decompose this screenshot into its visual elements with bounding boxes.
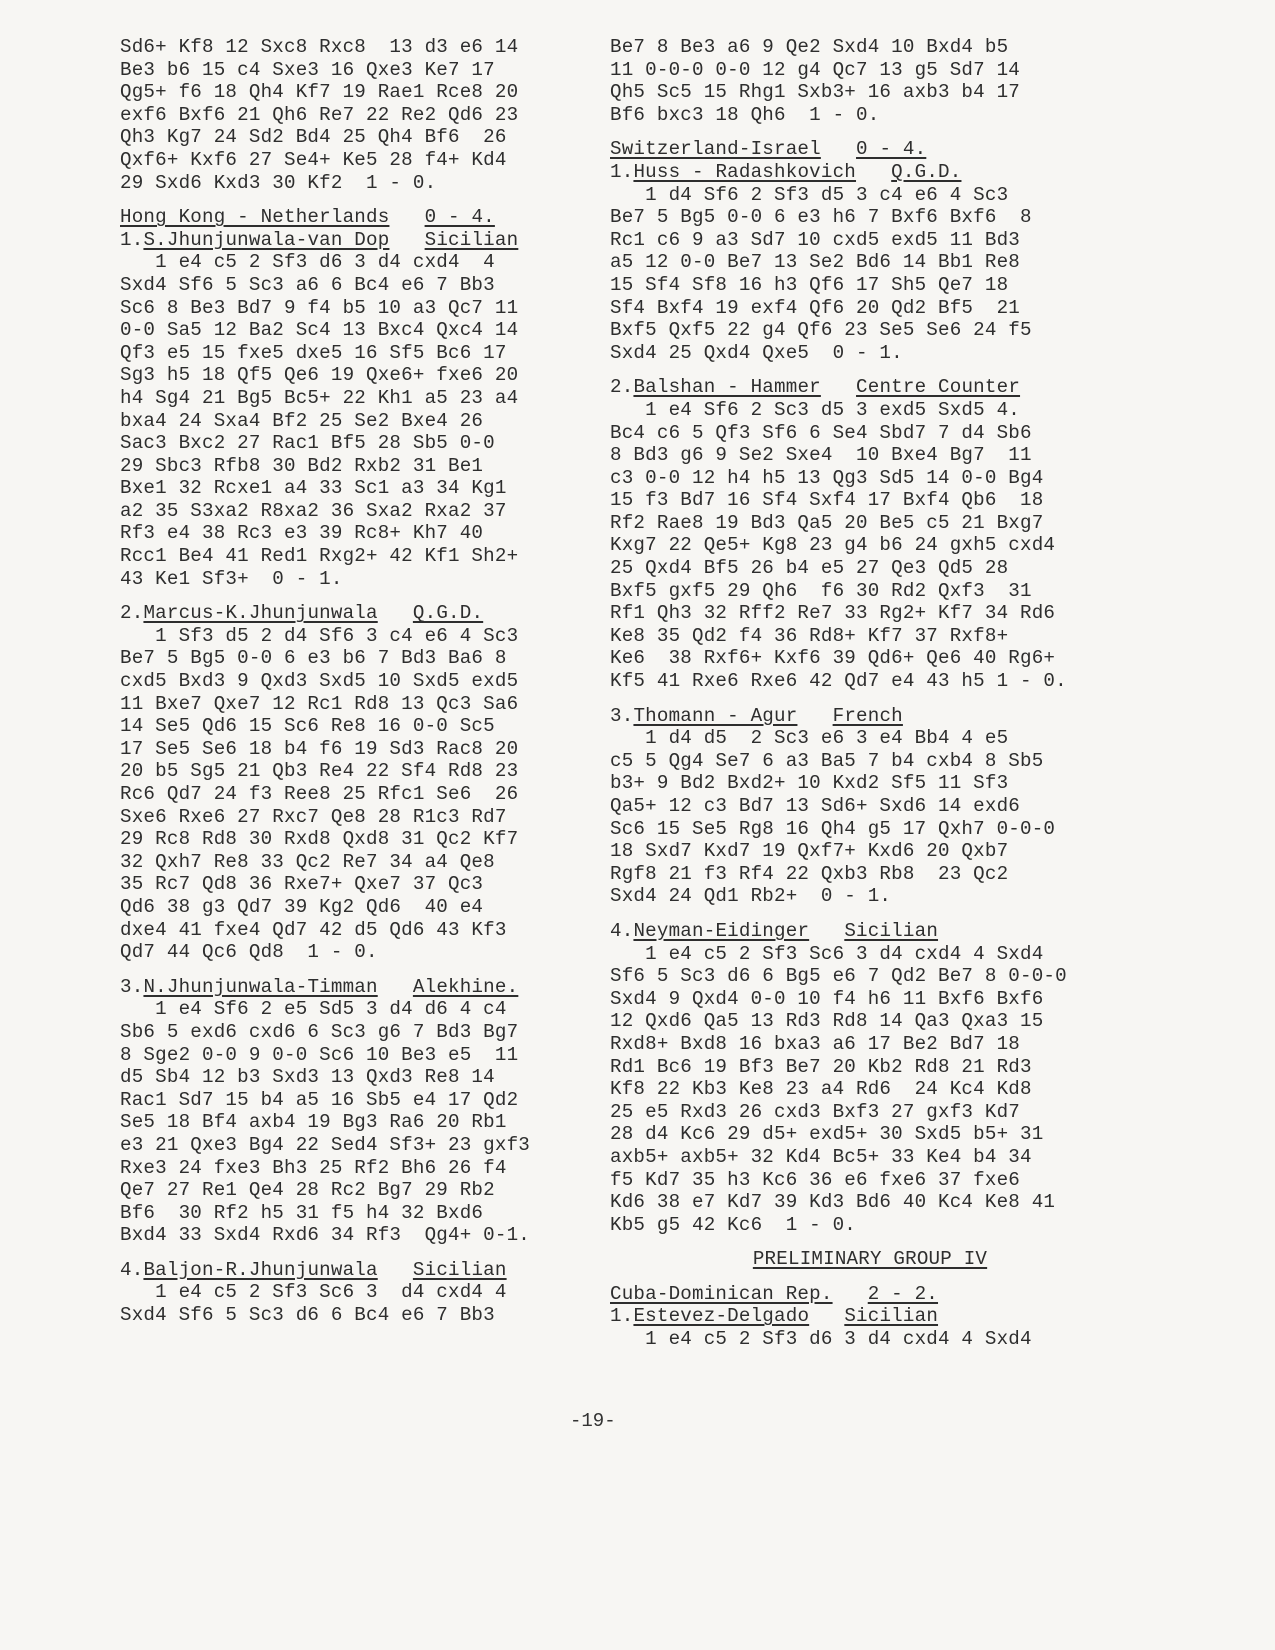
moves-line: Bf6 bxc3 18 Qh6 1 - 0. [610,104,1130,127]
moves-line: Kf8 22 Kb3 Ke8 23 a4 Rd6 24 Kc4 Kd8 [610,1078,1130,1101]
match-heading: Cuba-Dominican Rep. 2 - 2. [610,1283,1130,1306]
moves-line: Sxd4 9 Qxd4 0-0 10 f4 h6 11 Bxf6 Bxf6 [610,988,1130,1011]
game-opening: Sicilian [844,920,938,942]
game-opening: Q.G.D. [891,161,961,183]
moves-line: bxa4 24 Sxa4 Bf2 25 Se2 Bxe4 26 [120,410,590,433]
page-number: -19- [570,1410,616,1432]
moves-line: 0-0 Sa5 12 Ba2 Sc4 13 Bxc4 Qxc4 14 [120,319,590,342]
moves-line: Bxf5 gxf5 29 Qh6 f6 30 Rd2 Qxf3 31 [610,580,1130,603]
moves-line: Sc6 8 Be3 Bd7 9 f4 b5 10 a3 Qc7 11 [120,297,590,320]
moves-line: Sac3 Bxc2 27 Rac1 Bf5 28 Sb5 0-0 [120,432,590,455]
moves-line: 29 Sxd6 Kxd3 30 Kf2 1 - 0. [120,172,590,195]
moves-line: Bxf5 Qxf5 22 g4 Qf6 23 Se5 Se6 24 f5 [610,319,1130,342]
moves-line: Sf6 5 Sc3 d6 6 Bg5 e6 7 Qd2 Be7 8 0-0-0 [610,965,1130,988]
game-number: 1. [120,229,143,251]
moves-line: exf6 Bxf6 21 Qh6 Re7 22 Re2 Qd6 23 [120,104,590,127]
match-title: Switzerland-Israel [610,138,821,160]
spacer [610,1236,1130,1248]
moves-line: 12 Qxd6 Qa5 13 Rd3 Rd8 14 Qa3 Qxa3 15 [610,1010,1130,1033]
moves-line: 1 e4 Sf6 2 Sc3 d5 3 exd5 Sxd5 4. [610,399,1130,422]
moves-line: 1 e4 Sf6 2 e5 Sd5 3 d4 d6 4 c4 [120,998,590,1021]
moves-line: Rc1 c6 9 a3 Sd7 10 cxd5 exd5 11 Bd3 [610,229,1130,252]
game-number: 2. [120,602,143,624]
spacer [610,693,1130,705]
moves-line: Ke8 35 Qd2 f4 36 Rd8+ Kf7 37 Rxf8+ [610,625,1130,648]
moves-line: e3 21 Qxe3 Bg4 22 Sed4 Sf3+ 23 gxf3 [120,1134,590,1157]
moves-line: h4 Sg4 21 Bg5 Bc5+ 22 Kh1 a5 23 a4 [120,387,590,410]
moves-line: 14 Se5 Qd6 15 Sc6 Re8 16 0-0 Sc5 [120,715,590,738]
moves-line: Sd6+ Kf8 12 Sxc8 Rxc8 13 d3 e6 14 [120,36,590,59]
game-heading: 4.Baljon-R.Jhunjunwala Sicilian [120,1259,590,1282]
game-heading: 4.Neyman-Eidinger Sicilian [610,920,1130,943]
game-players: Thomann - Agur [633,705,797,727]
game-opening: Sicilian [413,1259,507,1281]
game-players: S.Jhunjunwala-van Dop [143,229,389,251]
moves-line: b3+ 9 Bd2 Bxd2+ 10 Kxd2 Sf5 11 Sf3 [610,772,1130,795]
moves-line: a2 35 S3xa2 R8xa2 36 Sxa2 Rxa2 37 [120,500,590,523]
game-number: 1. [610,161,633,183]
moves-line: Rf3 e4 38 Rc3 e3 39 Rc8+ Kh7 40 [120,522,590,545]
match-heading: Switzerland-Israel 0 - 4. [610,138,1130,161]
moves-line: Sxd4 24 Qd1 Rb2+ 0 - 1. [610,885,1130,908]
spacer [610,1271,1130,1283]
moves-line: 1 d4 Sf6 2 Sf3 d5 3 c4 e6 4 Sc3 [610,184,1130,207]
game-players: Baljon-R.Jhunjunwala [143,1259,377,1281]
game-opening: Sicilian [844,1305,938,1327]
game-players: Marcus-K.Jhunjunwala [143,602,377,624]
moves-line: Qd6 38 g3 Qd7 39 Kg2 Qd6 40 e4 [120,896,590,919]
moves-line: c3 0-0 12 h4 h5 13 Qg3 Sd5 14 0-0 Bg4 [610,467,1130,490]
game-players: Neyman-Eidinger [633,920,809,942]
moves-line: Sxd4 25 Qxd4 Qxe5 0 - 1. [610,342,1130,365]
moves-line: Rxe3 24 fxe3 Bh3 25 Rf2 Bh6 26 f4 [120,1157,590,1180]
moves-line: a5 12 0-0 Be7 13 Se2 Bd6 14 Bb1 Re8 [610,251,1130,274]
moves-line: Bxd4 33 Sxd4 Rxd6 34 Rf3 Qg4+ 0-1. [120,1224,590,1247]
moves-line: cxd5 Bxd3 9 Qxd3 Sxd5 10 Sxd5 exd5 [120,670,590,693]
moves-line: d5 Sb4 12 b3 Sxd3 13 Qxd3 Re8 14 [120,1066,590,1089]
moves-line: Be7 5 Bg5 0-0 6 e3 b6 7 Bd3 Ba6 8 [120,647,590,670]
moves-line: 17 Se5 Se6 18 b4 f6 19 Sd3 Rac8 20 [120,738,590,761]
moves-line: Rc6 Qd7 24 f3 Ree8 25 Rfc1 Se6 26 [120,783,590,806]
moves-line: 15 f3 Bd7 16 Sf4 Sxf4 17 Bxf4 Qb6 18 [610,489,1130,512]
moves-line: 8 Bd3 g6 9 Se2 Sxe4 10 Bxe4 Bg7 11 [610,444,1130,467]
game-number: 1. [610,1305,633,1327]
game-number: 2. [610,376,633,398]
game-opening: Q.G.D. [413,602,483,624]
moves-line: axb5+ axb5+ 32 Kd4 Bc5+ 33 Ke4 b4 34 [610,1146,1130,1169]
moves-line: Kxg7 22 Qe5+ Kg8 23 g4 b6 24 gxh5 cxd4 [610,534,1130,557]
moves-line: Sg3 h5 18 Qf5 Qe6 19 Qxe6+ fxe6 20 [120,364,590,387]
left-column: Sd6+ Kf8 12 Sxc8 Rxc8 13 d3 e6 14Be3 b6 … [120,36,590,1327]
moves-line: Be7 5 Bg5 0-0 6 e3 h6 7 Bxf6 Bxf6 8 [610,206,1130,229]
document-page: Sd6+ Kf8 12 Sxc8 Rxc8 13 d3 e6 14Be3 b6 … [0,0,1275,1650]
moves-line: 20 b5 Sg5 21 Qb3 Re4 22 Sf4 Rd8 23 [120,760,590,783]
game-players: N.Jhunjunwala-Timman [143,976,377,998]
moves-line: Rgf8 21 f3 Rf4 22 Qxb3 Rb8 23 Qc2 [610,863,1130,886]
moves-line: Qxf6+ Kxf6 27 Se4+ Ke5 28 f4+ Kd4 [120,149,590,172]
moves-line: Sxe6 Rxe6 27 Rxc7 Qe8 28 R1c3 Rd7 [120,806,590,829]
moves-line: 1 e4 c5 2 Sf3 Sc6 3 d4 cxd4 4 Sxd4 [610,943,1130,966]
game-heading: 2.Balshan - Hammer Centre Counter [610,376,1130,399]
moves-line: Ke6 38 Rxf6+ Kxf6 39 Qd6+ Qe6 40 Rg6+ [610,647,1130,670]
moves-line: 1 Sf3 d5 2 d4 Sf6 3 c4 e6 4 Sc3 [120,625,590,648]
moves-line: 1 e4 c5 2 Sf3 d6 3 d4 cxd4 4 [120,251,590,274]
game-opening: French [833,705,903,727]
moves-line: Bc4 c6 5 Qf3 Sf6 6 Se4 Sbd7 7 d4 Sb6 [610,422,1130,445]
moves-line: 11 Bxe7 Qxe7 12 Rc1 Rd8 13 Qc3 Sa6 [120,693,590,716]
moves-line: Sc6 15 Se5 Rg8 16 Qh4 g5 17 Qxh7 0-0-0 [610,818,1130,841]
moves-line: 18 Sxd7 Kxd7 19 Qxf7+ Kxd6 20 Qxb7 [610,840,1130,863]
match-title: Hong Kong - Netherlands [120,206,389,228]
moves-line: Bf6 30 Rf2 h5 31 f5 h4 32 Bxd6 [120,1202,590,1225]
moves-line: Kf5 41 Rxe6 Rxe6 42 Qd7 e4 43 h5 1 - 0. [610,670,1130,693]
game-heading: 2.Marcus-K.Jhunjunwala Q.G.D. [120,602,590,625]
moves-line: 11 0-0-0 0-0 12 g4 Qc7 13 g5 Sd7 14 [610,59,1130,82]
game-heading: 1.Estevez-Delgado Sicilian [610,1305,1130,1328]
game-heading: 3.Thomann - Agur French [610,705,1130,728]
moves-line: 32 Qxh7 Re8 33 Qc2 Re7 34 a4 Qe8 [120,851,590,874]
game-players: Huss - Radashkovich [633,161,856,183]
moves-line: Qe7 27 Re1 Qe4 28 Rc2 Bg7 29 Rb2 [120,1179,590,1202]
moves-line: Sxd4 Sf6 5 Sc3 a6 6 Bc4 e6 7 Bb3 [120,274,590,297]
match-score: 2 - 2. [868,1283,938,1305]
moves-line: Rf2 Rae8 19 Bd3 Qa5 20 Be5 c5 21 Bxg7 [610,512,1130,535]
moves-line: Rd1 Bc6 19 Bf3 Be7 20 Kb2 Rd8 21 Rd3 [610,1056,1130,1079]
match-heading: Hong Kong - Netherlands 0 - 4. [120,206,590,229]
moves-line: dxe4 41 fxe4 Qd7 42 d5 Qd6 43 Kf3 [120,919,590,942]
moves-line: 35 Rc7 Qd8 36 Rxe7+ Qxe7 37 Qc3 [120,873,590,896]
moves-line: Kd6 38 e7 Kd7 39 Kd3 Bd6 40 Kc4 Ke8 41 [610,1191,1130,1214]
moves-line: Rcc1 Be4 41 Red1 Rxg2+ 42 Kf1 Sh2+ [120,545,590,568]
moves-line: Be7 8 Be3 a6 9 Qe2 Sxd4 10 Bxd4 b5 [610,36,1130,59]
match-score: 0 - 4. [856,138,926,160]
moves-line: 1 e4 c5 2 Sf3 d6 3 d4 cxd4 4 Sxd4 [610,1328,1130,1351]
spacer [120,1247,590,1259]
game-heading: 3.N.Jhunjunwala-Timman Alekhine. [120,976,590,999]
game-opening: Centre Counter [856,376,1020,398]
match-title: Cuba-Dominican Rep. [610,1283,833,1305]
moves-line: 8 Sge2 0-0 9 0-0 Sc6 10 Be3 e5 11 [120,1044,590,1067]
moves-line: Sb6 5 exd6 cxd6 6 Sc3 g6 7 Bd3 Bg7 [120,1021,590,1044]
moves-line: 25 e5 Rxd3 26 cxd3 Bxf3 27 gxf3 Kd7 [610,1101,1130,1124]
game-number: 3. [610,705,633,727]
moves-line: Rf1 Qh3 32 Rff2 Re7 33 Rg2+ Kf7 34 Rd6 [610,602,1130,625]
moves-line: Qd7 44 Qc6 Qd8 1 - 0. [120,941,590,964]
moves-line: f5 Kd7 35 h3 Kc6 36 e6 fxe6 37 fxe6 [610,1169,1130,1192]
moves-line: Qh5 Sc5 15 Rhg1 Sxb3+ 16 axb3 b4 17 [610,81,1130,104]
section-heading: PRELIMINARY GROUP IV [610,1248,1130,1271]
moves-line: Bxe1 32 Rcxe1 a4 33 Sc1 a3 34 Kg1 [120,477,590,500]
game-number: 3. [120,976,143,998]
moves-line: Rac1 Sd7 15 b4 a5 16 Sb5 e4 17 Qd2 [120,1089,590,1112]
moves-line: Kb5 g5 42 Kc6 1 - 0. [610,1214,1130,1237]
spacer [610,908,1130,920]
moves-line: Qg5+ f6 18 Qh4 Kf7 19 Rae1 Rce8 20 [120,81,590,104]
moves-line: 1 d4 d5 2 Sc3 e6 3 e4 Bb4 4 e5 [610,727,1130,750]
game-number: 4. [120,1259,143,1281]
moves-line: 25 Qxd4 Bf5 26 b4 e5 27 Qe3 Qd5 28 [610,557,1130,580]
moves-line: Sf4 Bxf4 19 exf4 Qf6 20 Qd2 Bf5 21 [610,297,1130,320]
moves-line: Rxd8+ Bxd8 16 bxa3 a6 17 Be2 Bd7 18 [610,1033,1130,1056]
moves-line: 15 Sf4 Sf8 16 h3 Qf6 17 Sh5 Qe7 18 [610,274,1130,297]
spacer [120,964,590,976]
right-column: Be7 8 Be3 a6 9 Qe2 Sxd4 10 Bxd4 b511 0-0… [610,36,1130,1351]
moves-line: 29 Sbc3 Rfb8 30 Bd2 Rxb2 31 Be1 [120,455,590,478]
game-heading: 1.Huss - Radashkovich Q.G.D. [610,161,1130,184]
moves-line: Be3 b6 15 c4 Sxe3 16 Qxe3 Ke7 17 [120,59,590,82]
game-players: Balshan - Hammer [633,376,820,398]
spacer [610,126,1130,138]
spacer [610,364,1130,376]
moves-line: 1 e4 c5 2 Sf3 Sc6 3 d4 cxd4 4 [120,1281,590,1304]
moves-line: 29 Rc8 Rd8 30 Rxd8 Qxd8 31 Qc2 Kf7 [120,828,590,851]
moves-line: Se5 18 Bf4 axb4 19 Bg3 Ra6 20 Rb1 [120,1111,590,1134]
spacer [120,590,590,602]
moves-line: 43 Ke1 Sf3+ 0 - 1. [120,568,590,591]
match-score: 0 - 4. [425,206,495,228]
spacer [120,194,590,206]
moves-line: Qh3 Kg7 24 Sd2 Bd4 25 Qh4 Bf6 26 [120,126,590,149]
moves-line: Qf3 e5 15 fxe5 dxe5 16 Sf5 Bc6 17 [120,342,590,365]
game-opening: Sicilian [425,229,519,251]
moves-line: Sxd4 Sf6 5 Sc3 d6 6 Bc4 e6 7 Bb3 [120,1304,590,1327]
moves-line: c5 5 Qg4 Se7 6 a3 Ba5 7 b4 cxb4 8 Sb5 [610,750,1130,773]
moves-line: Qa5+ 12 c3 Bd7 13 Sd6+ Sxd6 14 exd6 [610,795,1130,818]
game-opening: Alekhine. [413,976,518,998]
game-players: Estevez-Delgado [633,1305,809,1327]
game-number: 4. [610,920,633,942]
moves-line: 28 d4 Kc6 29 d5+ exd5+ 30 Sxd5 b5+ 31 [610,1123,1130,1146]
section-title: PRELIMINARY GROUP IV [753,1248,987,1270]
game-heading: 1.S.Jhunjunwala-van Dop Sicilian [120,229,590,252]
